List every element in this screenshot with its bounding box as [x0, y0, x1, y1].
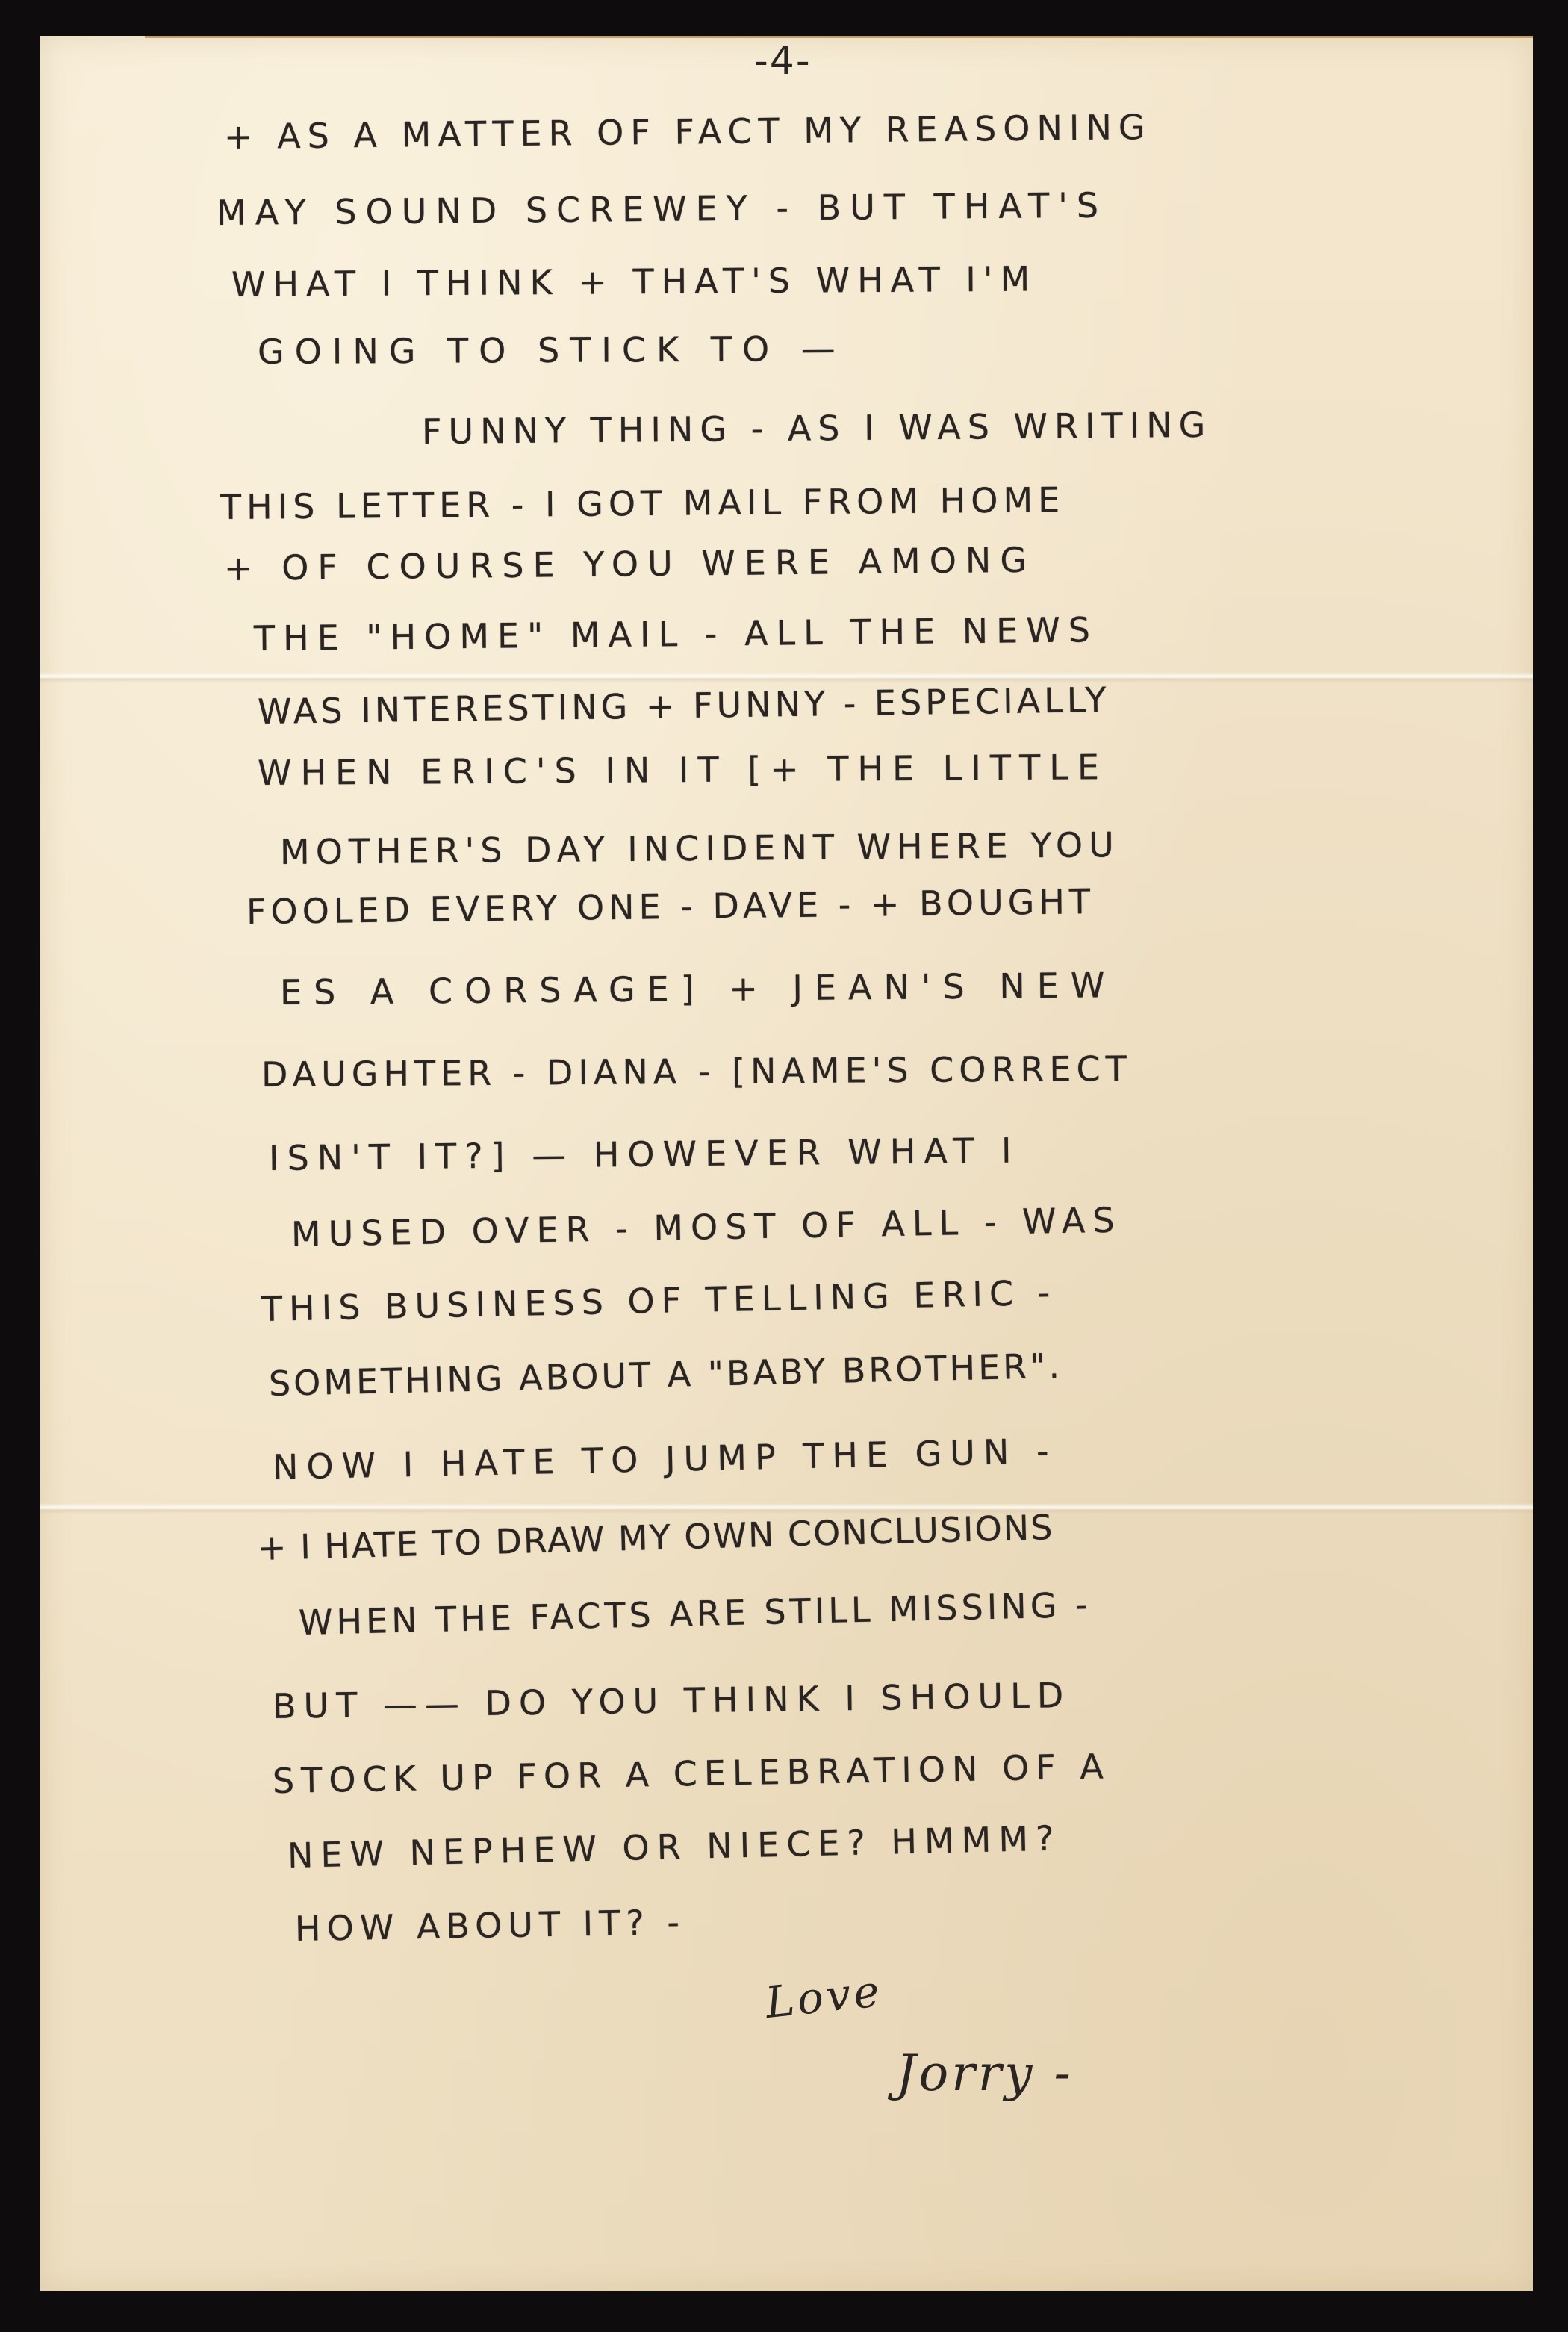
- letter-line: this letter - I got mail from home: [220, 482, 1065, 524]
- fold-crease-lower: [40, 1503, 1533, 1514]
- letter-line: Funny thing - as I was writing: [422, 408, 1213, 449]
- letter-line: may sound screwey - but that's: [217, 188, 1108, 230]
- letter-line: + of course you were among: [224, 543, 1036, 585]
- letter-line: going to stick to —: [258, 332, 846, 369]
- letter-line: How about it? -: [295, 1905, 686, 1946]
- letter-line: isn't it?] — However what I: [269, 1133, 1020, 1175]
- letter-line: + As a matter of fact my reasoning: [224, 110, 1152, 154]
- letter-line: when Eric's in it [+ the little: [258, 750, 1108, 790]
- letter-line: fooled every one - Dave - + bought: [246, 884, 1095, 929]
- letter-line: Mother's Day incident where you: [280, 827, 1120, 869]
- letter-signature: Jorry -: [896, 2045, 1074, 2102]
- page-number: -4-: [754, 39, 812, 84]
- letter-line: what I think + that's what I'm: [231, 261, 1038, 302]
- letter-line: daughter - Diana - [name's correct: [261, 1051, 1132, 1092]
- letter-line: es a corsage] + Jean's new: [280, 968, 1117, 1010]
- fold-crease-upper: [40, 672, 1533, 683]
- letter-line: the "Home" mail - All the news: [254, 612, 1098, 656]
- letter-line: but —— do you think I should: [273, 1678, 1071, 1723]
- paper-top-edge: [145, 36, 1533, 38]
